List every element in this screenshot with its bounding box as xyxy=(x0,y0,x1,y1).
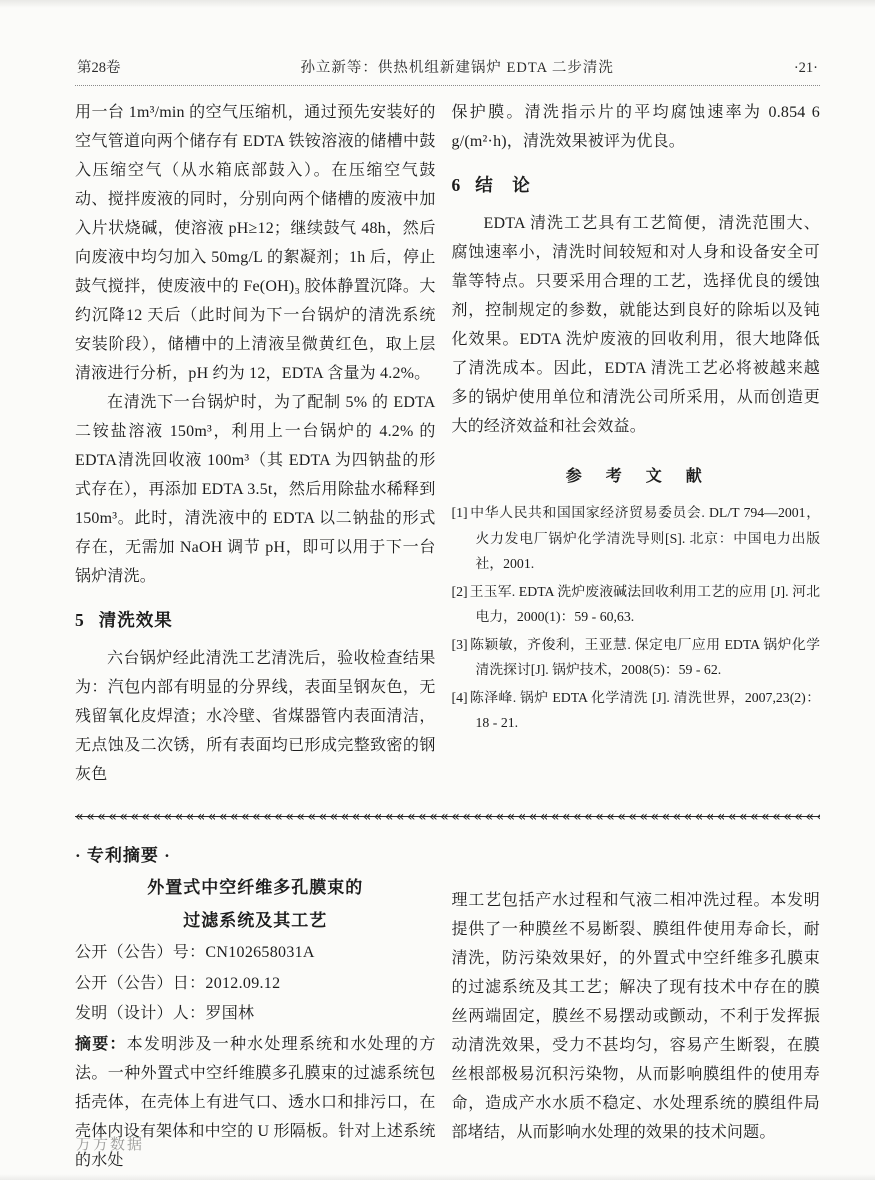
section-6-number: 6 xyxy=(452,175,462,195)
reference-item: [4]陈泽峰. 锅炉 EDTA 化学清洗 [J]. 清洗世界，2007,23(2… xyxy=(452,685,820,736)
section-5-number: 5 xyxy=(75,610,85,630)
patent-publication-number: 公开（公告）号：CN102658031A xyxy=(75,938,436,969)
article-left-column: 用一台 1m³/min 的空气压缩机，通过预先安装好的空气管道向两个储存有 ED… xyxy=(75,98,436,789)
patent-section-label: · 专利摘要 · xyxy=(75,841,820,866)
patent-publication-date: 公开（公告）日：2012.09.12 xyxy=(75,969,436,1000)
article-columns: 用一台 1m³/min 的空气压缩机，通过预先安装好的空气管道向两个储存有 ED… xyxy=(75,98,820,789)
volume-label: 第28卷 xyxy=(77,56,121,77)
decorative-divider: ««««««««««««««««««««««««««««««««««««««««… xyxy=(75,807,820,827)
reference-text: 中华人民共和国国家经济贸易委员会. DL/T 794—2001，火力发电厂锅炉化… xyxy=(470,505,820,571)
article-right-column: 保护膜。清洗指示片的平均腐蚀速率为 0.854 6 g/(m²·h)，清洗效果被… xyxy=(452,98,820,789)
paragraph-conclusion: EDTA 清洗工艺具有工艺简便，清洗范围大、腐蚀速率小，清洗时间较短和对人身和设… xyxy=(452,209,820,441)
scan-edge-bottom xyxy=(0,1174,875,1180)
reference-text: 陈泽峰. 锅炉 EDTA 化学清洗 [J]. 清洗世界，2007,23(2)：1… xyxy=(470,690,820,731)
patent-abstract-right: 理工艺包括产水过程和气液二相冲洗过程。本发明提供了一种膜丝不易断裂、膜组件使用寿… xyxy=(452,886,820,1147)
section-6-title: 结 论 xyxy=(475,175,531,195)
patent-left-column: 外置式中空纤维多孔膜束的 过滤系统及其工艺 公开（公告）号：CN10265803… xyxy=(75,870,436,1175)
reference-number: [1] xyxy=(452,505,468,520)
section-5-title: 清洗效果 xyxy=(99,610,173,630)
running-head: 第28卷 孙立新等：供热机组新建锅炉 EDTA 二步清洗 ·21· xyxy=(75,56,820,86)
patent-abstract-section: · 专利摘要 · 外置式中空纤维多孔膜束的 过滤系统及其工艺 公开（公告）号：C… xyxy=(75,841,820,1175)
reference-text: 陈颖敏，齐俊利，王亚慧. 保定电厂应用 EDTA 锅炉化学清洗探讨[J]. 锅炉… xyxy=(470,637,820,678)
reference-item: [3]陈颖敏，齐俊利，王亚慧. 保定电厂应用 EDTA 锅炉化学清洗探讨[J].… xyxy=(452,632,820,683)
patent-title-line1: 外置式中空纤维多孔膜束的 xyxy=(75,872,436,903)
page-number: ·21· xyxy=(794,60,818,77)
running-title: 孙立新等：供热机组新建锅炉 EDTA 二步清洗 xyxy=(300,56,613,77)
reference-number: [3] xyxy=(452,637,468,652)
scanned-paper-page: 第28卷 孙立新等：供热机组新建锅炉 EDTA 二步清洗 ·21· 用一台 1m… xyxy=(0,0,875,1180)
reference-item: [1]中华人民共和国国家经济贸易委员会. DL/T 794—2001，火力发电厂… xyxy=(452,500,820,577)
patent-abstract-label: 摘要： xyxy=(75,1036,127,1053)
reference-text: 王玉军. EDTA 洗炉废液碱法回收利用工艺的应用 [J]. 河北电力，2000… xyxy=(470,584,820,625)
section-6-heading: 6结 论 xyxy=(452,172,820,197)
section-5-heading: 5清洗效果 xyxy=(75,607,436,632)
paragraph-cleaning-result: 六台锅炉经此清洗工艺清洗后，验收检查结果为：汽包内部有明显的分界线，表面呈钢灰色… xyxy=(75,644,436,789)
paragraph-corrosion-rate: 保护膜。清洗指示片的平均腐蚀速率为 0.854 6 g/(m²·h)，清洗效果被… xyxy=(452,98,820,156)
references-heading: 参 考 文 献 xyxy=(452,463,820,486)
reference-number: [4] xyxy=(452,690,468,705)
wanfang-watermark: 万方数据 xyxy=(76,1133,144,1154)
patent-inventor: 发明（设计）人：罗国林 xyxy=(75,999,436,1030)
patent-title-line2: 过滤系统及其工艺 xyxy=(75,905,436,936)
reference-list: [1]中华人民共和国国家经济贸易委员会. DL/T 794—2001，火力发电厂… xyxy=(452,500,820,736)
reference-number: [2] xyxy=(452,584,468,599)
reference-item: [2]王玉军. EDTA 洗炉废液碱法回收利用工艺的应用 [J]. 河北电力，2… xyxy=(452,579,820,630)
paragraph-air-blowing: 用一台 1m³/min 的空气压缩机，通过预先安装好的空气管道向两个储存有 ED… xyxy=(75,98,436,388)
scan-edge-top xyxy=(0,0,875,8)
patent-right-column: 理工艺包括产水过程和气液二相冲洗过程。本发明提供了一种膜丝不易断裂、膜组件使用寿… xyxy=(452,870,820,1175)
paragraph-reuse-solution: 在清洗下一台锅炉时，为了配制 5% 的 EDTA 二铵盐溶液 150m³，利用上… xyxy=(75,388,436,591)
